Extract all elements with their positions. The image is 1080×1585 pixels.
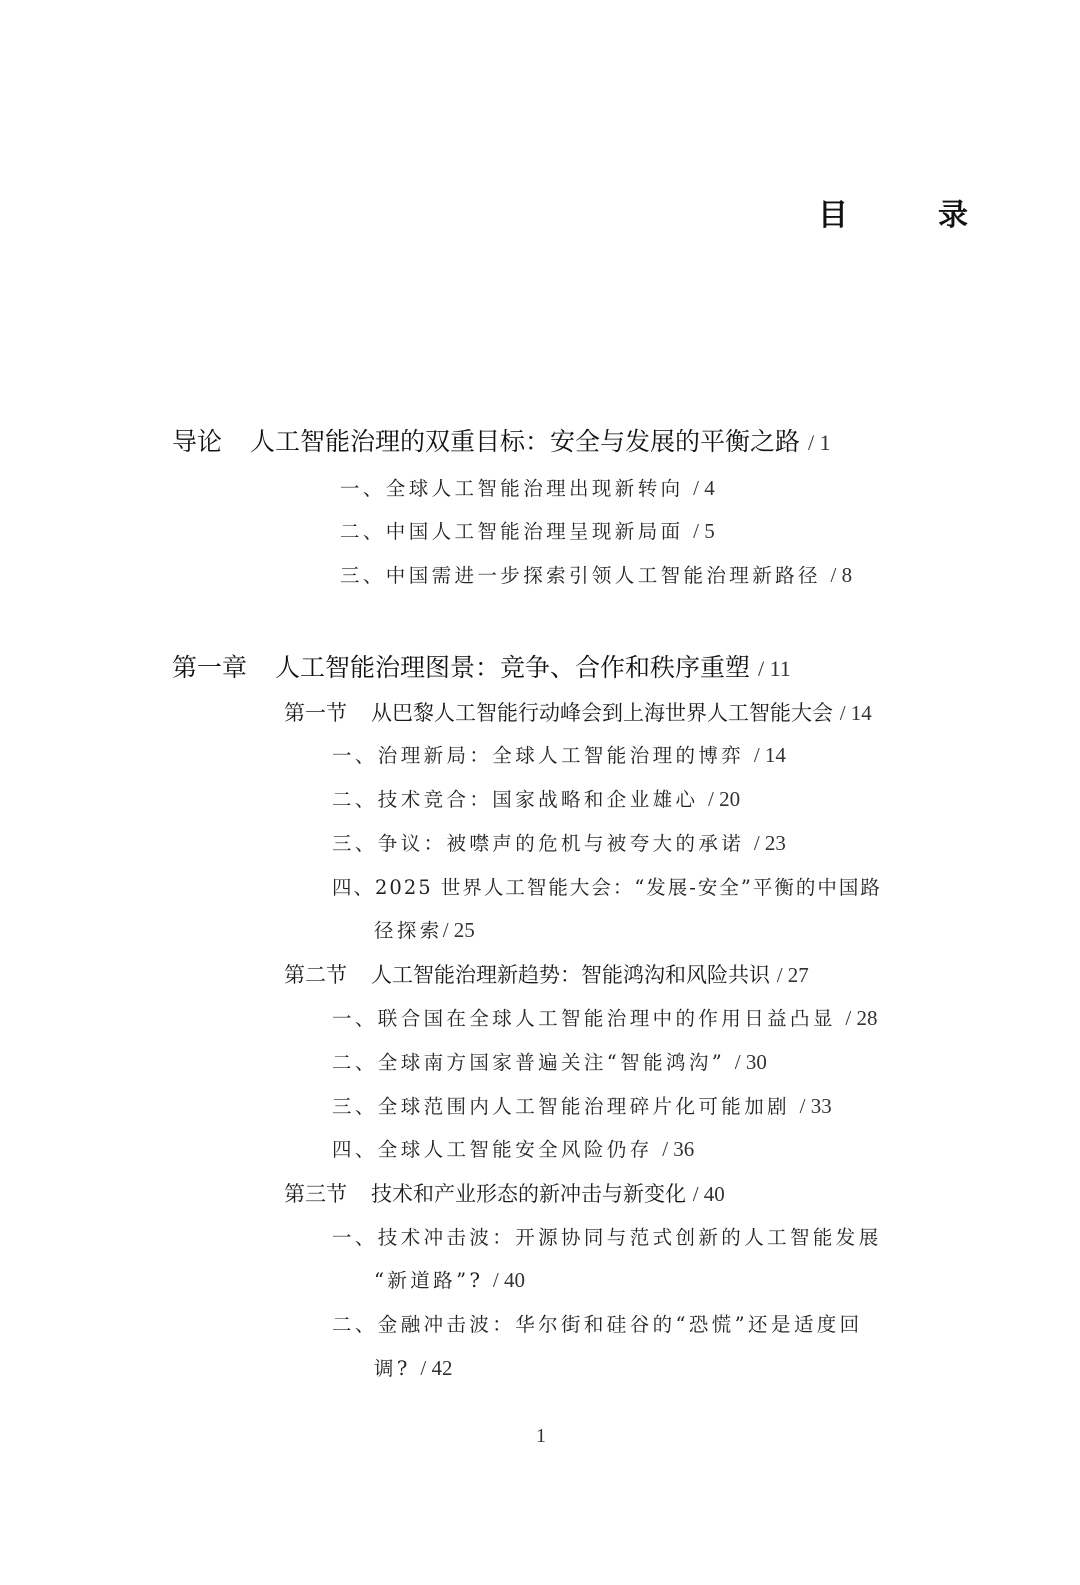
chapter-page: / 11 [758, 656, 791, 681]
toc-item[interactable]: 四、全球人工智能安全风险仍存 / 36 [332, 1134, 694, 1162]
intro-page: / 1 [808, 430, 831, 455]
chapter-title: 人工智能治理图景：竞争、合作和秩序重塑 [275, 653, 750, 682]
toc-item[interactable]: 二、金融冲击波：华尔街和硅谷的“恐慌”还是适度回 [332, 1309, 863, 1337]
toc-item[interactable]: 二、中国人工智能治理呈现新局面 / 5 [340, 516, 715, 544]
page-title: 目 录 [818, 190, 998, 234]
toc-item-continuation[interactable]: 径探索/ 25 [374, 915, 475, 943]
toc-item[interactable]: 一、联合国在全球人工智能治理中的作用日益凸显 / 28 [332, 1003, 878, 1031]
chapter-label: 第一章 [172, 648, 247, 684]
toc-chapter-heading[interactable]: 第一章人工智能治理图景：竞争、合作和秩序重塑 / 11 [172, 648, 791, 684]
toc-section-heading[interactable]: 第三节技术和产业形态的新冲击与新变化 / 40 [284, 1178, 725, 1208]
toc-item-continuation[interactable]: “新道路”? / 40 [374, 1265, 525, 1293]
toc-item-continuation[interactable]: 调? / 42 [374, 1353, 452, 1381]
intro-title: 人工智能治理的双重目标：安全与发展的平衡之路 [250, 427, 800, 456]
toc-item[interactable]: 一、全球人工智能治理出现新转向 / 4 [340, 473, 715, 501]
toc-item[interactable]: 三、争议：被噤声的危机与被夸大的承诺 / 23 [332, 828, 786, 856]
toc-item[interactable]: 一、治理新局：全球人工智能治理的博弈 / 14 [332, 740, 786, 768]
intro-label: 导论 [172, 422, 222, 458]
page-number: 1 [536, 1425, 546, 1448]
toc-section-heading[interactable]: 第一节从巴黎人工智能行动峰会到上海世界人工智能大会 / 14 [284, 697, 872, 727]
toc-item[interactable]: 一、技术冲击波：开源协同与范式创新的人工智能发展 [332, 1222, 882, 1250]
toc-item[interactable]: 四、2025 世界人工智能大会：“发展-安全”平衡的中国路 [332, 872, 882, 900]
toc-item[interactable]: 三、中国需进一步探索引领人工智能治理新路径 / 8 [340, 560, 852, 588]
toc-item[interactable]: 二、技术竞合：国家战略和企业雄心 / 20 [332, 784, 740, 812]
toc-intro-heading[interactable]: 导论人工智能治理的双重目标：安全与发展的平衡之路 / 1 [172, 422, 831, 458]
toc-section-heading[interactable]: 第二节人工智能治理新趋势：智能鸿沟和风险共识 / 27 [284, 959, 809, 989]
toc-item[interactable]: 三、全球范围内人工智能治理碎片化可能加剧 / 33 [332, 1091, 832, 1119]
toc-item[interactable]: 二、全球南方国家普遍关注“智能鸿沟” / 30 [332, 1047, 767, 1075]
